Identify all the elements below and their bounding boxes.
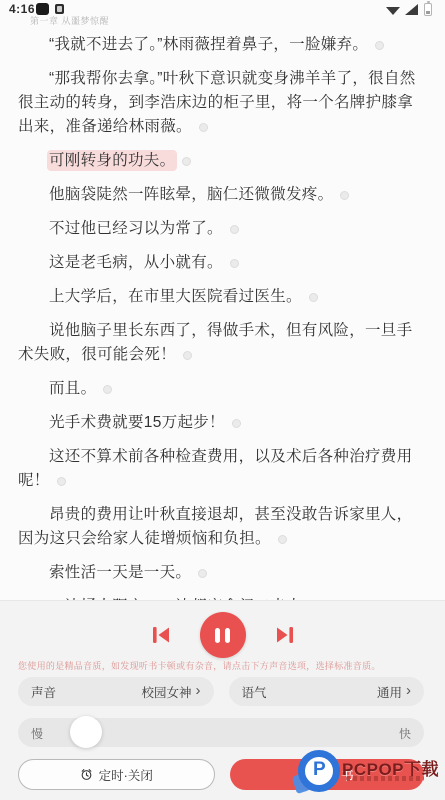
tone-value: 通用: [377, 683, 402, 701]
paragraph: “我就不进去了。”林雨薇捏着鼻子，一脸嫌弃。: [18, 33, 427, 57]
comment-dot-icon[interactable]: [182, 157, 191, 166]
comment-dot-icon[interactable]: [375, 41, 384, 50]
paragraph-text: “我就不进去了。”林雨薇捏着鼻子，一脸嫌弃。: [49, 36, 368, 53]
paragraph-text: 昂贵的费用让叶秋直接退却，甚至没敢告诉家里人，因为这只会给家人徒增烦恼和负担。: [18, 506, 412, 547]
tts-player-panel: 您使用的是精品音质，如发现听书卡顿或有杂音，请点击下方声音选项，选择标准音质。 …: [0, 600, 445, 800]
playback-controls: [0, 611, 445, 659]
timer-button[interactable]: 定时·关闭: [18, 759, 215, 790]
paragraph: 而且。: [18, 377, 427, 401]
paragraph: 这是老毛病，从小就有。: [18, 251, 427, 275]
audio-quality-notice: 您使用的是精品音质，如发现听书卡顿或有杂音，请点击下方声音选项，选择标准音质。: [18, 659, 431, 672]
wifi-icon: [386, 5, 400, 15]
comment-dot-icon[interactable]: [57, 477, 66, 486]
paragraph: 昂贵的费用让叶秋直接退却，甚至没敢告诉家里人，因为这只会给家人徒增烦恼和负担。: [18, 503, 427, 551]
paragraph-current-tts: 可刚转身的功夫。: [18, 149, 427, 173]
comment-dot-icon[interactable]: [309, 293, 318, 302]
paragraph: 不过他已经习以为常了。: [18, 217, 427, 241]
pause-button[interactable]: [200, 612, 246, 658]
alarm-clock-icon: [80, 768, 93, 781]
exit-listening-button[interactable]: 退出听书: [230, 759, 425, 790]
skip-previous-icon: [149, 623, 173, 647]
speed-slow-label: 慢: [31, 725, 43, 742]
paragraph-text: 索性活一天是一天。: [49, 564, 191, 581]
voice-selector[interactable]: 声音 校园女神 ›: [18, 677, 214, 706]
paragraph-text: 上大学后，在市里大医院看过医生。: [49, 288, 302, 305]
paragraph: 上大学后，在市里大医院看过医生。: [18, 285, 427, 309]
panel-bottom-row: 定时·关闭 退出听书: [18, 759, 424, 790]
paragraph-text: “那我帮你去拿。”叶秋下意识就变身沸羊羊了，很自然很主动的转身，到李浩床边的柜子…: [18, 70, 416, 135]
chapter-title: 第一章 从噩梦惊醒: [30, 14, 109, 27]
skip-next-icon: [273, 623, 297, 647]
next-chapter-button[interactable]: [272, 622, 298, 648]
chevron-right-icon: ›: [196, 683, 201, 698]
comment-dot-icon[interactable]: [183, 351, 192, 360]
speed-fast-label: 快: [399, 725, 411, 742]
comment-dot-icon[interactable]: [230, 225, 239, 234]
tone-selector[interactable]: 语气 通用 ›: [229, 677, 425, 706]
voice-settings-row: 声音 校园女神 › 语气 通用 ›: [18, 677, 424, 706]
paragraph: 光手术费就要15万起步！: [18, 411, 427, 435]
paragraph-text: 而且。: [49, 380, 96, 397]
voice-value: 校园女神: [141, 683, 191, 701]
paragraph-text: 这是老毛病，从小就有。: [49, 254, 223, 271]
comment-dot-icon[interactable]: [198, 569, 207, 578]
timer-label: 定时·关闭: [99, 766, 153, 784]
comment-dot-icon[interactable]: [230, 259, 239, 268]
paragraph-text: 说他脑子里长东西了，得做手术，但有风险，一旦手术失败，很可能会死！: [18, 322, 412, 363]
app-screen: 4:16 第一章 从噩梦惊醒 “我就不进去了。”林雨薇捏着鼻子，一脸嫌弃。“那我…: [0, 0, 445, 800]
comment-dot-icon[interactable]: [278, 535, 287, 544]
speed-slider[interactable]: 慢 快: [18, 718, 424, 747]
pause-icon: [215, 628, 220, 643]
comment-dot-icon[interactable]: [199, 123, 208, 132]
paragraph: “那我帮你去拿。”叶秋下意识就变身沸羊羊了，很自然很主动的转身，到李浩床边的柜子…: [18, 67, 427, 139]
notification-app-icon: [55, 4, 64, 14]
paragraph: 这还不算术前各种检查费用，以及术后各种治疗费用呢！: [18, 445, 427, 493]
paragraph-text: 这还不算术前各种检查费用，以及术后各种治疗费用呢！: [18, 448, 412, 489]
chevron-right-icon: ›: [406, 683, 411, 698]
pause-icon: [225, 628, 230, 643]
paragraph-text: 光手术费就要15万起步！: [49, 414, 225, 431]
comment-dot-icon[interactable]: [103, 385, 112, 394]
paragraph-text: 他脑袋陡然一阵眩晕，脑仁还微微发疼。: [49, 186, 333, 203]
paragraph: 索性活一天是一天。: [18, 561, 427, 585]
voice-label: 声音: [31, 683, 56, 701]
comment-dot-icon[interactable]: [232, 419, 241, 428]
signal-icon: [405, 4, 418, 15]
tone-label: 语气: [242, 683, 267, 701]
paragraph: 他脑袋陡然一阵眩晕，脑仁还微微发疼。: [18, 183, 427, 207]
reader-page[interactable]: “我就不进去了。”林雨薇捏着鼻子，一脸嫌弃。“那我帮你去拿。”叶秋下意识就变身沸…: [0, 33, 445, 600]
comment-dot-icon[interactable]: [340, 191, 349, 200]
paragraph: 说他脑子里长东西了，得做手术，但有风险，一旦手术失败，很可能会死！: [18, 319, 427, 367]
paragraph-text: 可刚转身的功夫。: [49, 152, 175, 169]
previous-chapter-button[interactable]: [148, 622, 174, 648]
paragraph-text: 不过他已经习以为常了。: [49, 220, 223, 237]
battery-icon: [424, 3, 432, 16]
speed-slider-thumb[interactable]: [70, 716, 102, 748]
